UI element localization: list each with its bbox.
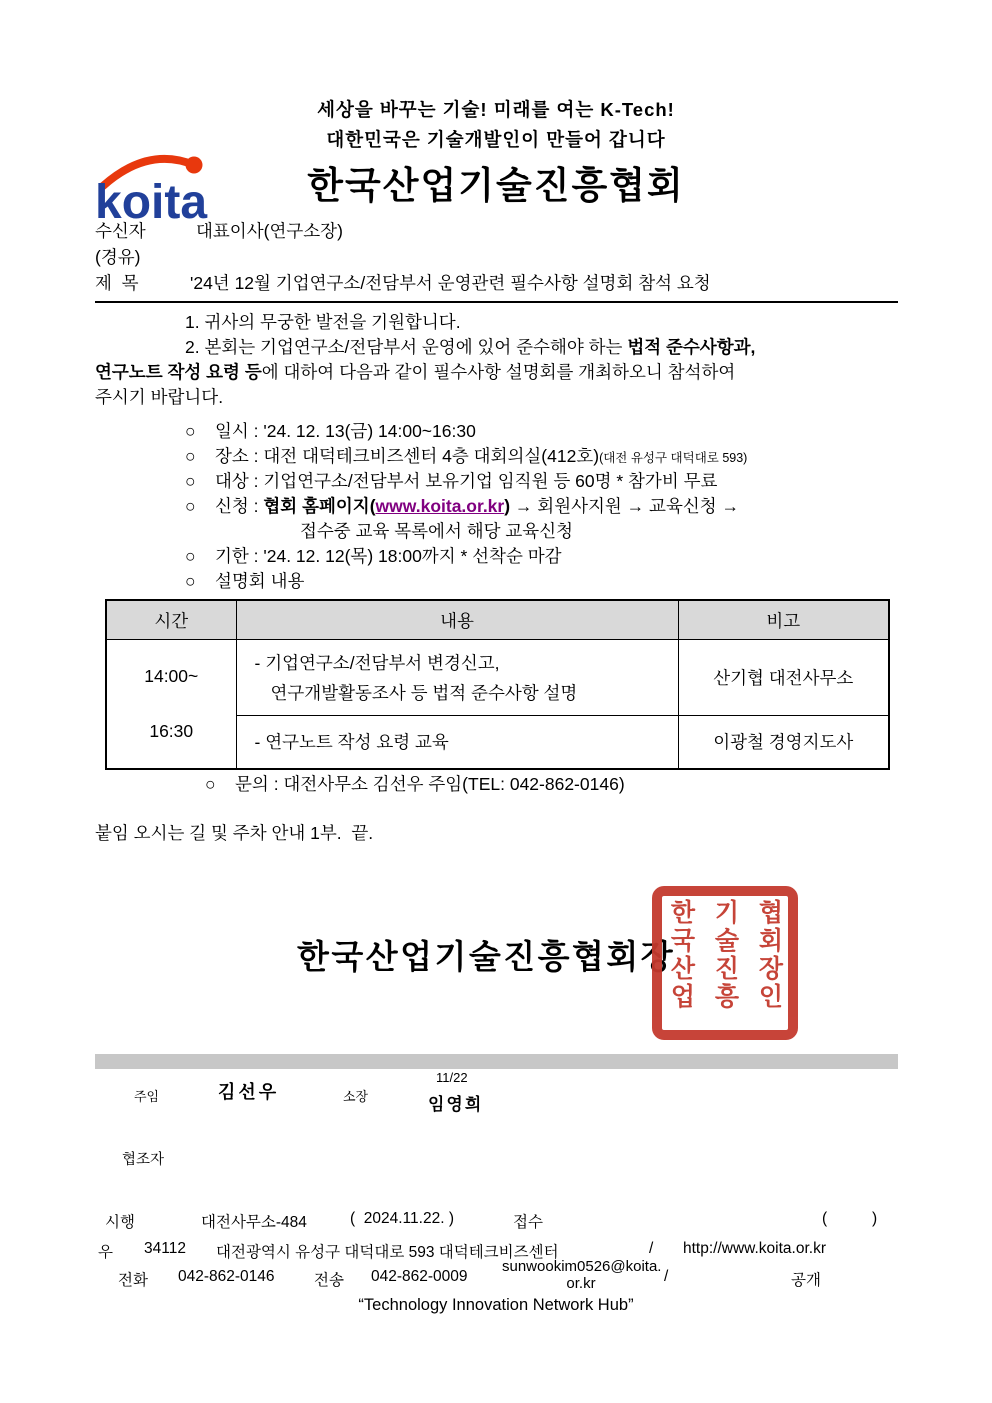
bullet-text: → 회원사지원 → 교육신청 → — [510, 496, 739, 516]
bullet-contents: ○설명회 내용 — [185, 569, 905, 594]
bullet-label: 대상 — [215, 471, 249, 491]
bullet-apply-continuation: 접수중 교육 목록에서 해당 교육신청 — [185, 519, 905, 544]
approver-role: 주임 — [134, 1086, 159, 1105]
zip-code: 34112 — [144, 1240, 186, 1258]
body-paragraph-2-line1: 2. 본회는 기업연구소/전담부서 운영에 있어 준수해야 하는 법적 준수사항… — [95, 335, 903, 360]
fax-label: 전송 — [314, 1268, 344, 1290]
body-bold-run: 연구노트 작성 요령 등 — [95, 362, 262, 382]
bullet-text: '24. 12. 13(금) 14:00~16:30 — [263, 421, 475, 441]
seal-column: 한국산업 — [666, 899, 696, 1027]
schedule-table: 시간 내용 비고 14:00~ 16:30 - 기업연구소/전담부서 변경신고,… — [105, 599, 890, 770]
inquiry-line: ○문의 : 대전사무소 김선우 주임(TEL: 042-862-0146) — [205, 771, 625, 796]
time-line: 14:00~ — [108, 649, 235, 704]
table-row: 14:00~ 16:30 - 기업연구소/전담부서 변경신고, 연구개발활동조사… — [106, 640, 889, 716]
circle-bullet-icon: ○ — [185, 569, 215, 594]
bullet-deadline: ○기한 : '24. 12. 12(목) 18:00까지 * 선착순 마감 — [185, 544, 905, 569]
bullet-label: 신청 — [215, 496, 249, 516]
circle-bullet-icon: ○ — [185, 544, 215, 569]
bullet-label: 설명회 내용 — [215, 571, 304, 591]
bullet-sep: : — [249, 446, 264, 466]
inquiry-text: : 대전사무소 김선우 주임(TEL: 042-862-0146) — [274, 774, 625, 794]
bullet-target: ○대상 : 기업연구소/전담부서 보유기업 임직원 등 60명 * 참가비 무료 — [185, 469, 905, 494]
recipient-block: 수신자 대표이사(연구소장) (경유) 제 목 '24년 12월 기업연구소/전… — [95, 218, 898, 303]
inquiry-label: 문의 — [235, 774, 269, 794]
bullet-place: ○장소 : 대전 대덕테크비즈센터 4층 대회의실(412호)(대전 유성구 대… — [185, 444, 905, 469]
bullet-apply: ○신청 : 협회 홈페이지(www.koita.or.kr) → 회원사지원 →… — [185, 494, 905, 519]
bullet-sep: : — [249, 471, 264, 491]
recipient-label: 수신자 — [95, 221, 146, 241]
table-cell-note: 이광철 경영지도사 — [678, 716, 889, 769]
subject-value: '24년 12월 기업연구소/전담부서 운영관련 필수사항 설명회 참석 요청 — [190, 270, 711, 296]
recipient-value: 대표이사(연구소장) — [196, 218, 343, 244]
bullet-bold-run: 협회 홈페이지( — [263, 496, 375, 516]
body-paragraph-1: 1. 귀사의 무궁한 발전을 기원합니다. — [95, 310, 903, 335]
seal-column: 기술진흥 — [710, 899, 740, 1027]
koita-website-link[interactable]: www.koita.or.kr — [376, 496, 505, 516]
recipient-line: 수신자 대표이사(연구소장) — [95, 218, 898, 244]
footer-slogan: “Technology Innovation Network Hub” — [0, 1296, 992, 1315]
bullet-sep: : — [249, 421, 264, 441]
bullet-label: 장소 — [215, 446, 249, 466]
website-url: http://www.koita.or.kr — [683, 1240, 826, 1258]
table-header-content: 내용 — [236, 600, 678, 640]
document-number: 대전사무소-484 — [201, 1210, 307, 1232]
circle-bullet-icon: ○ — [205, 774, 235, 795]
table-header-note: 비고 — [678, 600, 889, 640]
bullet-text: '24. 12. 12(목) 18:00까지 * 선착순 마감 — [263, 546, 561, 566]
bullet-text: 대전 대덕테크비즈센터 4층 대회의실(412호) — [263, 446, 599, 466]
org-title: 한국산업기술진흥협회 — [0, 155, 992, 209]
bullet-label: 일시 — [215, 421, 249, 441]
receipt-label: 접수 — [513, 1210, 543, 1232]
official-seal-stamp: 한국산업 기술진흥 협회장인 — [652, 886, 798, 1040]
official-document-page: 세상을 바꾸는 기술! 미래를 여는 K-Tech! 대한민국은 기술개발인이 … — [0, 0, 992, 1403]
approval-date: 11/22 — [436, 1070, 468, 1085]
body-paragraph-2-line2: 연구노트 작성 요령 등에 대하여 다음과 같이 필수사항 설명회를 개최하오니… — [95, 360, 903, 385]
body-bold-run: 법적 준수사항과, — [627, 337, 755, 357]
subject-label: 제 목 — [95, 273, 139, 293]
body-text: 1. 귀사의 무궁한 발전을 기원합니다. 2. 본회는 기업연구소/전담부서 … — [95, 310, 903, 410]
approver-name: 임영희 — [428, 1090, 483, 1115]
table-cell-time: 14:00~ 16:30 — [106, 640, 236, 769]
circle-bullet-icon: ○ — [185, 469, 215, 494]
table-cell-content: - 연구노트 작성 요령 교육 — [236, 716, 678, 769]
dispatch-label: 시행 — [105, 1210, 135, 1232]
separator-slash: / — [649, 1240, 653, 1258]
separator-slash: / — [664, 1268, 668, 1286]
table-header-time: 시간 — [106, 600, 236, 640]
content-line: 연구개발활동조사 등 법적 준수사항 설명 — [255, 678, 674, 708]
approver-role: 소장 — [343, 1086, 368, 1105]
email-line: or.kr — [502, 1275, 660, 1292]
table-cell-content: - 기업연구소/전담부서 변경신고, 연구개발활동조사 등 법적 준수사항 설명 — [236, 640, 678, 716]
tel-number: 042-862-0146 — [178, 1268, 275, 1286]
email-line: sunwookim0526@koita. — [502, 1258, 660, 1275]
circle-bullet-icon: ○ — [185, 444, 215, 469]
bullet-date: ○일시 : '24. 12. 13(금) 14:00~16:30 — [185, 419, 905, 444]
bullet-sep: : — [249, 546, 264, 566]
bullet-sep: : — [249, 496, 264, 516]
content-line: - 기업연구소/전담부서 변경신고, — [255, 648, 674, 678]
time-line: 16:30 — [108, 704, 235, 759]
attachment-line: 붙임 오시는 길 및 주차 안내 1부. 끝. — [95, 820, 373, 845]
signature-title: 한국산업기술진흥협회장 — [297, 931, 675, 978]
cooperator-label: 협조자 — [122, 1148, 164, 1169]
disclosure-status: 공개 — [791, 1268, 821, 1290]
zip-label: 우 — [98, 1240, 113, 1262]
bullet-text: 기업연구소/전담부서 보유기업 임직원 등 60명 * 참가비 무료 — [263, 471, 717, 491]
seal-column: 협회장인 — [754, 899, 784, 1027]
table-header-row: 시간 내용 비고 — [106, 600, 889, 640]
circle-bullet-icon: ○ — [185, 419, 215, 444]
subject-line: 제 목 '24년 12월 기업연구소/전담부서 운영관련 필수사항 설명회 참석… — [95, 270, 898, 296]
divider-bar — [95, 1054, 898, 1069]
email-address: sunwookim0526@koita. or.kr — [502, 1258, 660, 1292]
via-line: (경유) — [95, 244, 898, 270]
circle-bullet-icon: ○ — [185, 494, 215, 519]
dispatch-date: ( 2024.11.22. ) — [350, 1210, 454, 1228]
bullet-small-note: (대전 유성구 대덕대로 593) — [599, 451, 747, 465]
table-cell-note: 산기협 대전사무소 — [678, 640, 889, 716]
body-paragraph-2-line3: 주시기 바랍니다. — [95, 385, 903, 410]
receipt-paren-close: ) — [872, 1210, 877, 1228]
body-text-run: 에 대하여 다음과 같이 필수사항 설명회를 개최하오니 참석하여 — [262, 362, 736, 382]
header-slogan-line1: 세상을 바꾸는 기술! 미래를 여는 K-Tech! — [0, 96, 992, 122]
bullet-label: 기한 — [215, 546, 249, 566]
body-text-run: 2. 본회는 기업연구소/전담부서 운영에 있어 준수해야 하는 — [185, 337, 627, 357]
fax-number: 042-862-0009 — [371, 1268, 468, 1286]
approver-name: 김선우 — [218, 1078, 279, 1104]
receipt-paren-open: ( — [822, 1210, 827, 1228]
bullet-list: ○일시 : '24. 12. 13(금) 14:00~16:30 ○장소 : 대… — [185, 419, 905, 594]
tel-label: 전화 — [118, 1268, 148, 1290]
